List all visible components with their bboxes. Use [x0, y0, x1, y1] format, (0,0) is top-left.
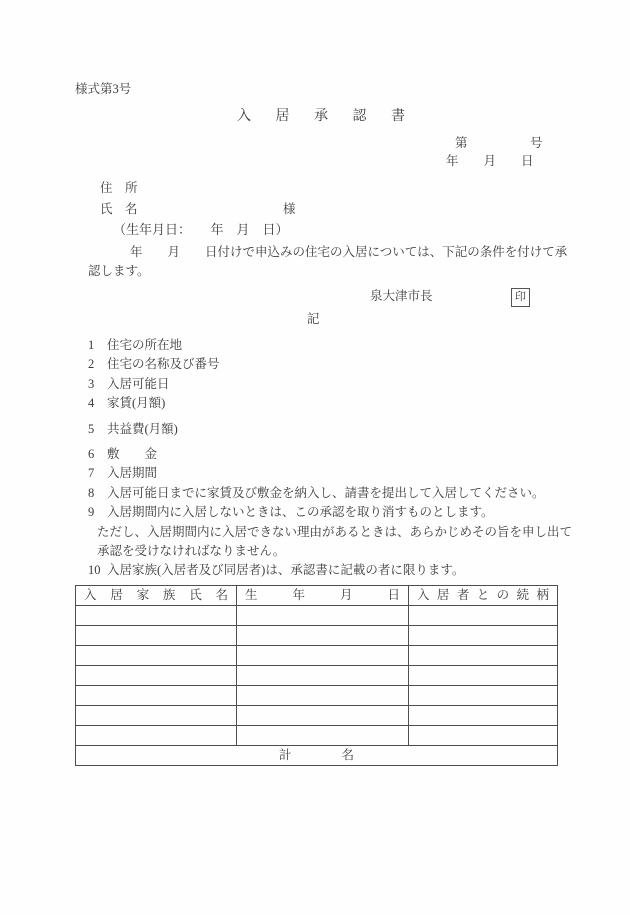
condition-number: 10	[85, 561, 107, 580]
family-table-empty-cell	[409, 666, 558, 686]
document-title: 入居承認書	[237, 107, 430, 126]
family-table-header-row: 入居家族氏名生年月日入居者との続柄	[76, 586, 558, 606]
condition-text: 共益費(月額)	[107, 420, 577, 439]
condition-item-3: 3入居可能日	[85, 375, 577, 394]
family-table-empty-cell	[76, 626, 237, 646]
family-table-empty-cell	[409, 706, 558, 726]
family-table-empty-cell	[409, 606, 558, 626]
family-table-empty-cell	[76, 666, 237, 686]
condition-item-8: 8入居可能日までに家賃及び敷金を納入し、請書を提出して入居してください。	[85, 484, 577, 503]
family-table-empty-cell	[409, 626, 558, 646]
condition-text: 家賃(月額)	[107, 394, 577, 413]
family-table-empty-cell	[237, 726, 409, 746]
name-label: 氏 名	[100, 200, 138, 219]
family-table-header-1: 生年月日	[237, 586, 409, 606]
condition-text: 入居可能日までに家賃及び敷金を納入し、請書を提出して入居してください。	[107, 484, 577, 503]
condition-text: 入居期間内に入居しないときは、この承認を取り消すものとします。	[107, 503, 577, 522]
condition-item-5: 5共益費(月額)	[85, 420, 577, 439]
document-page: 様式第3号 入居承認書 第 号 年 月 日 住 所 氏 名 様 （生年月日： 年…	[0, 0, 630, 915]
family-table-empty-cell	[237, 686, 409, 706]
condition-number: 2	[85, 355, 107, 374]
condition-number: 6	[85, 445, 107, 464]
family-table-empty-cell	[76, 686, 237, 706]
condition-number: 4	[85, 394, 107, 413]
family-table-empty-cell	[76, 646, 237, 666]
condition-item-1: 1住宅の所在地	[85, 336, 577, 355]
condition-text: 住宅の所在地	[107, 336, 577, 355]
approval-paragraph: 年 月 日付けで申込みの住宅の入居については、下記の条件を付けて承認します。	[88, 243, 570, 282]
condition-text: 入居可能日	[107, 375, 577, 394]
family-table-empty-cell	[76, 606, 237, 626]
family-table-footer-row: 計 名	[76, 746, 558, 766]
family-table-empty-cell	[409, 686, 558, 706]
condition-number: 1	[85, 336, 107, 355]
condition-text: 入居家族(入居者及び同居者)は、承認書に記載の者に限ります。	[107, 561, 577, 580]
family-total-cell: 計 名	[76, 746, 558, 766]
condition-subtext: ただし、入居期間内に入居できない理由があるときは、あらかじめその旨を申し出て承認…	[97, 523, 575, 562]
family-table-row	[76, 626, 558, 646]
family-table-empty-cell	[237, 646, 409, 666]
seal-character: 印	[515, 292, 526, 303]
condition-item-10: 10入居家族(入居者及び同居者)は、承認書に記載の者に限ります。	[85, 561, 577, 580]
family-table-row	[76, 726, 558, 746]
condition-text: 住宅の名称及び番号	[107, 355, 577, 374]
family-table-empty-cell	[237, 606, 409, 626]
address-label: 住 所	[100, 179, 138, 198]
seal-stamp-box: 印	[511, 288, 530, 307]
condition-item-6: 6敷 金	[85, 445, 577, 464]
condition-item-9: 9入居期間内に入居しないときは、この承認を取り消すものとします。	[85, 503, 577, 522]
condition-text: 入居期間	[107, 464, 577, 483]
family-table-row	[76, 606, 558, 626]
family-table-empty-cell	[76, 726, 237, 746]
condition-number: 8	[85, 484, 107, 503]
condition-item-4: 4家賃(月額)	[85, 394, 577, 413]
honorific-sama: 様	[283, 200, 296, 219]
family-table-empty-cell	[409, 646, 558, 666]
family-table-empty-cell	[76, 706, 237, 726]
condition-item-2: 2住宅の名称及び番号	[85, 355, 577, 374]
family-table-header-2: 入居者との続柄	[409, 586, 558, 606]
condition-number: 5	[85, 420, 107, 439]
family-table-empty-cell	[237, 706, 409, 726]
doc-number-line: 第 号	[455, 134, 543, 153]
birthdate-line: （生年月日： 年 月 日）	[113, 220, 289, 239]
condition-text: 敷 金	[107, 445, 577, 464]
family-table-header-0: 入居家族氏名	[76, 586, 237, 606]
family-table-row	[76, 666, 558, 686]
family-table-empty-cell	[237, 666, 409, 686]
record-heading: 記	[307, 310, 320, 329]
conditions-list: 1住宅の所在地2住宅の名称及び番号3入居可能日4家賃(月額)5共益費(月額)6敷…	[85, 336, 577, 581]
condition-number: 3	[85, 375, 107, 394]
mayor-title: 泉大津市長	[370, 287, 433, 306]
family-table-empty-cell	[237, 626, 409, 646]
condition-number: 7	[85, 464, 107, 483]
family-table-empty-cell	[409, 726, 558, 746]
issue-date-line: 年 月 日	[446, 152, 534, 171]
family-table-row	[76, 686, 558, 706]
family-table: 入居家族氏名生年月日入居者との続柄 計 名	[75, 585, 558, 766]
condition-number: 9	[85, 503, 107, 522]
family-table-row	[76, 646, 558, 666]
family-table-row	[76, 706, 558, 726]
form-number: 様式第3号	[75, 80, 131, 99]
condition-item-7: 7入居期間	[85, 464, 577, 483]
